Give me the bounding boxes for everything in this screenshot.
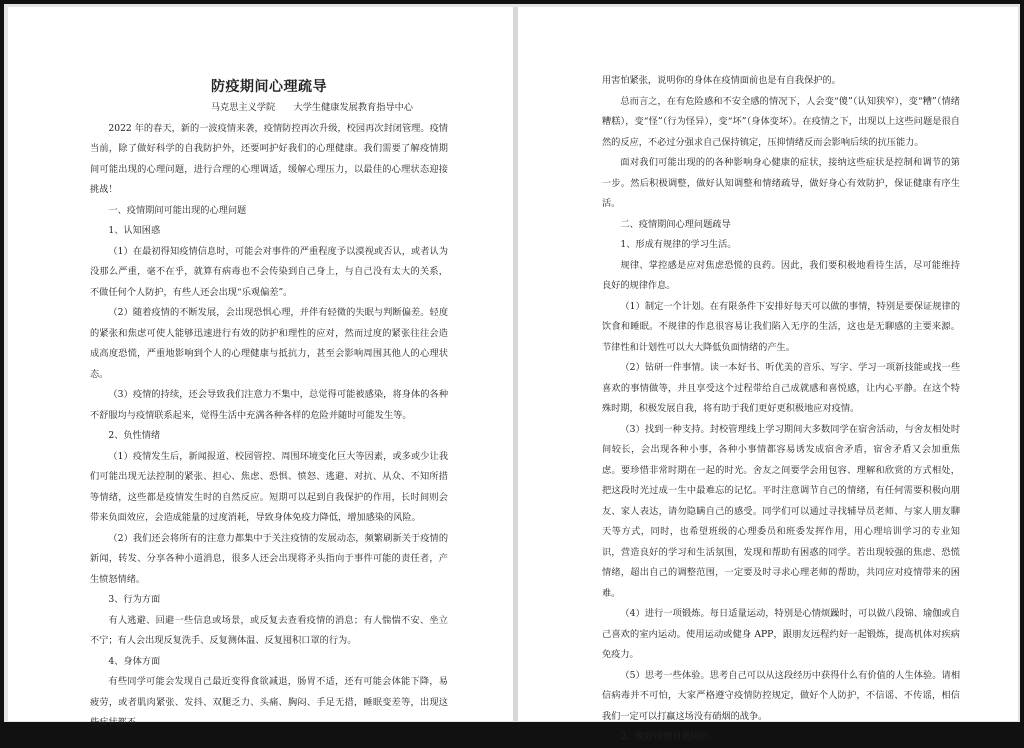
paragraph: （2）钻研一件事情。读一本好书、听优美的音乐、写字、学习一项新技能或找一些喜欢的… xyxy=(602,358,960,420)
document-spread: 防疫期间心理疏导 马克思主义学院 大学生健康发展教育指导中心 2022 年的春天… xyxy=(4,4,1020,722)
section-heading: 二、疫情期间心理问题疏导 xyxy=(602,215,960,236)
paragraph: 有些同学可能会发现自己最近变得食欲减退，肠胃不适，还有可能会体能下降，易疲劳，或… xyxy=(90,672,448,728)
left-page-body: 2022 年的春天，新的一波疫情来袭，疫情防控再次升级，校园再次封闭管理。疫情当… xyxy=(90,119,448,729)
section-heading: 4、身体方面 xyxy=(90,652,448,673)
paragraph: （2）随着疫情的不断发展，会出现恐惧心理，并伴有轻微的失眠与判断偏差。轻度的紧张… xyxy=(90,303,448,385)
document-subtitle: 马克思主义学院 大学生健康发展教育指导中心 xyxy=(90,98,448,119)
page-right: 用害怕紧张，说明你的身体在疫情面前也是有自我保护的。总而言之，在有危险感和不安全… xyxy=(518,7,1018,721)
section-heading: 1、形成有规律的学习生活。 xyxy=(602,235,960,256)
paragraph: （3）找到一种支持。封校管理线上学习期间大多数同学在宿舍活动，与舍友相处时间较长… xyxy=(602,420,960,605)
page-right-content: 用害怕紧张，说明你的身体在疫情面前也是有自我保护的。总而言之，在有危险感和不安全… xyxy=(602,7,960,728)
paragraph: （1）疫情发生后，新闻报道、校园管控、周围环境变化巨大等因素，或多或少让我们可能… xyxy=(90,447,448,529)
page-left-content: 防疫期间心理疏导 马克思主义学院 大学生健康发展教育指导中心 2022 年的春天… xyxy=(90,76,448,728)
paragraph: （1）制定一个计划。在有限条件下安排好每天可以做的事情，特别是要保证规律的饮食和… xyxy=(602,297,960,359)
paragraph: 总而言之，在有危险感和不安全感的情况下，人会变“傻”（认知狭窄），变“糟”（情绪… xyxy=(602,92,960,154)
section-heading: 2、负性情绪 xyxy=(90,426,448,447)
paragraph: （2）我们还会将所有的注意力都集中于关注疫情的发展动态，频繁刷新关于疫情的新闻，… xyxy=(90,529,448,591)
paragraph: 规律、掌控感是应对焦虑恐慌的良药。因此，我们要积极地看待生活，尽可能维持良好的规… xyxy=(602,256,960,297)
paragraph: （3）疫情的持续，还会导致我们注意力不集中，总觉得可能被感染，将身体的各种不舒服… xyxy=(90,385,448,426)
paragraph: 2022 年的春天，新的一波疫情来袭，疫情防控再次升级，校园再次封闭管理。疫情当… xyxy=(90,119,448,201)
section-heading: 1、认知困惑 xyxy=(90,221,448,242)
paragraph: 面对我们可能出现的的各种影响身心健康的症状，接纳这些症状是控制和调节的第一步。然… xyxy=(602,153,960,215)
paragraph: （5）思考一些体验。思考自己可以从这段经历中获得什么有价值的人生体验。请相信病毒… xyxy=(602,666,960,728)
section-heading: 3、行为方面 xyxy=(90,590,448,611)
paragraph: 用害怕紧张，说明你的身体在疫情面前也是有自我保护的。 xyxy=(602,71,960,92)
section-heading: 一、疫情期间可能出现的心理问题 xyxy=(90,201,448,222)
paragraph: （4）进行一项锻炼。每日适量运动，特别是心情烦躁时，可以做八段锦、瑜伽或自己喜欢… xyxy=(602,604,960,666)
paragraph: （1）在最初得知疫情信息时，可能会对事件的严重程度予以漠视或否认，或者认为没那么… xyxy=(90,242,448,304)
right-page-body: 用害怕紧张，说明你的身体在疫情面前也是有自我保护的。总而言之，在有危险感和不安全… xyxy=(602,71,960,728)
paragraph: 有人逃避、回避一些信息或场景，或反复去查看疫情的消息；有人惴惴不安、坐立不宁；有… xyxy=(90,611,448,652)
page-left: 防疫期间心理疏导 马克思主义学院 大学生健康发展教育指导中心 2022 年的春天… xyxy=(8,7,513,721)
document-title: 防疫期间心理疏导 xyxy=(90,76,448,98)
